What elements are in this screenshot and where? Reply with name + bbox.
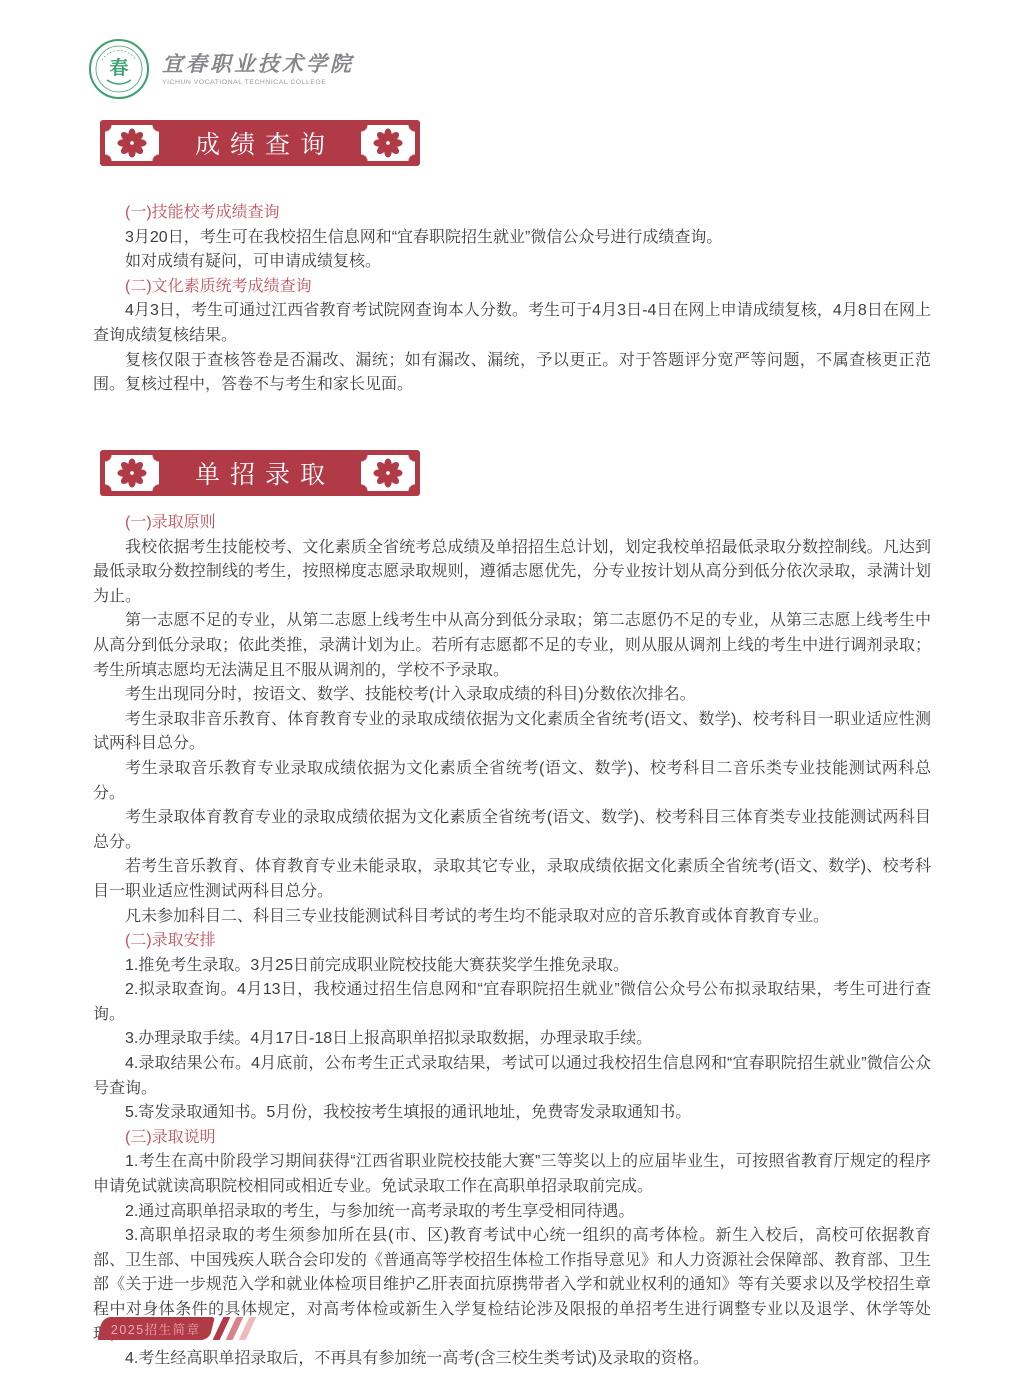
- paragraph: 1.考生在高中阶段学习期间获得“江西省职业院校技能大赛”三等奖以上的应届毕业生，…: [93, 1150, 931, 1199]
- paragraph: 凡未参加科目二、科目三专业技能测试科目考试的考生均不能录取对应的音乐教育或体育教…: [93, 905, 931, 930]
- paragraph: 1.推免考生录取。3月25日前完成职业院校技能大赛获奖学生推免录取。: [93, 954, 931, 979]
- paragraph: 考生录取体育教育专业的录取成绩依据为文化素质全省统考(语文、数学)、校考科目三体…: [93, 806, 931, 855]
- papercut-ornament-right: [361, 455, 415, 491]
- paragraph: 3.办理录取手续。4月17日-18日上报高职单招拟录取数据，办理录取手续。: [93, 1027, 931, 1052]
- flower-icon: [117, 128, 147, 158]
- section-score-inquiry-text: (一)技能校考成绩查询 3月20日，考生可在我校招生信息网和“宜春职院招生就业”…: [93, 201, 931, 398]
- subheading: (二)文化素质统考成绩查询: [93, 275, 931, 300]
- paragraph: 我校依据考生技能校考、文化素质全省统考总成绩及单招招生总计划，划定我校单招最低录…: [93, 536, 931, 610]
- college-name-en: YICHUN VOCATIONAL TECHNICAL COLLEGE: [162, 79, 354, 86]
- footer-badge: 2025招生简章: [97, 1317, 215, 1340]
- flower-icon: [373, 128, 403, 158]
- papercut-ornament-left: [105, 125, 159, 161]
- paragraph: 复核仅限于查核答卷是否漏改、漏统；如有漏改、漏统，予以更正。对于答题评分宽严等问…: [93, 349, 931, 398]
- college-name: 宜春职业技术学院 YICHUN VOCATIONAL TECHNICAL COL…: [162, 52, 354, 86]
- flower-icon: [117, 458, 147, 488]
- footer-badge-label: 2025招生简章: [111, 1320, 201, 1338]
- subheading: (二)录取安排: [93, 929, 931, 954]
- svg-text:春: 春: [109, 56, 128, 79]
- paragraph: 考生录取音乐教育专业录取成绩依据为文化素质全省统考(语文、数学)、校考科目二音乐…: [93, 757, 931, 806]
- paragraph: 3月20日，考生可在我校招生信息网和“宜春职院招生就业”微信公众号进行成绩查询。: [93, 226, 931, 251]
- college-name-cn: 宜春职业技术学院: [162, 52, 354, 76]
- banner-single-admission: 单招录取: [100, 450, 420, 496]
- paragraph: 考生出现同分时，按语文、数学、技能校考(计入录取成绩的科目)分数依次排名。: [93, 683, 931, 708]
- paragraph: 如对成绩有疑问，可申请成绩复核。: [93, 250, 931, 275]
- paragraph: 4.录取结果公布。4月底前，公布考生正式录取结果，考试可以通过我校招生信息网和“…: [93, 1052, 931, 1101]
- paragraph: 2.通过高职单招录取的考生，与参加统一高考录取的考生享受相同待遇。: [93, 1200, 931, 1225]
- college-seal-icon: 春: [88, 38, 150, 100]
- paragraph: 4.考生经高职单招录取后，不再具有参加统一高考(含三校生类考试)及录取的资格。: [93, 1347, 931, 1372]
- section-single-admission-text: (一)录取原则 我校依据考生技能校考、文化素质全省统考总成绩及单招招生总计划，划…: [93, 511, 931, 1372]
- subheading: (一)技能校考成绩查询: [93, 201, 931, 226]
- subheading: (一)录取原则: [93, 511, 931, 536]
- papercut-ornament-right: [361, 125, 415, 161]
- paragraph: 考生录取非音乐教育、体育教育专业的录取成绩依据为文化素质全省统考(语文、数学)、…: [93, 708, 931, 757]
- paragraph: 4月3日，考生可通过江西省教育考试院网查询本人分数。考生可于4月3日-4日在网上…: [93, 299, 931, 348]
- college-logo: 春 宜春职业技术学院 YICHUN VOCATIONAL TECHNICAL C…: [88, 38, 354, 100]
- banner-title-score-inquiry: 成绩查询: [164, 125, 356, 161]
- paragraph: 2.拟录取查询。4月13日，我校通过招生信息网和“宜春职院招生就业”微信公众号公…: [93, 978, 931, 1027]
- paragraph: 5.寄发录取通知书。5月份，我校按考生填报的通讯地址，免费寄发录取通知书。: [93, 1101, 931, 1126]
- paragraph: 第一志愿不足的专业，从第二志愿上线考生中从高分到低分录取；第二志愿仍不足的专业，…: [93, 609, 931, 683]
- flower-icon: [373, 458, 403, 488]
- paragraph: 若考生音乐教育、体育教育专业未能录取，录取其它专业，录取成绩依据文化素质全省统考…: [93, 855, 931, 904]
- papercut-ornament-left: [105, 455, 159, 491]
- page-footer: 2025招生简章: [100, 1317, 251, 1340]
- banner-title-single-admission: 单招录取: [164, 455, 356, 491]
- banner-score-inquiry: 成绩查询: [100, 120, 420, 166]
- subheading: (三)录取说明: [93, 1126, 931, 1151]
